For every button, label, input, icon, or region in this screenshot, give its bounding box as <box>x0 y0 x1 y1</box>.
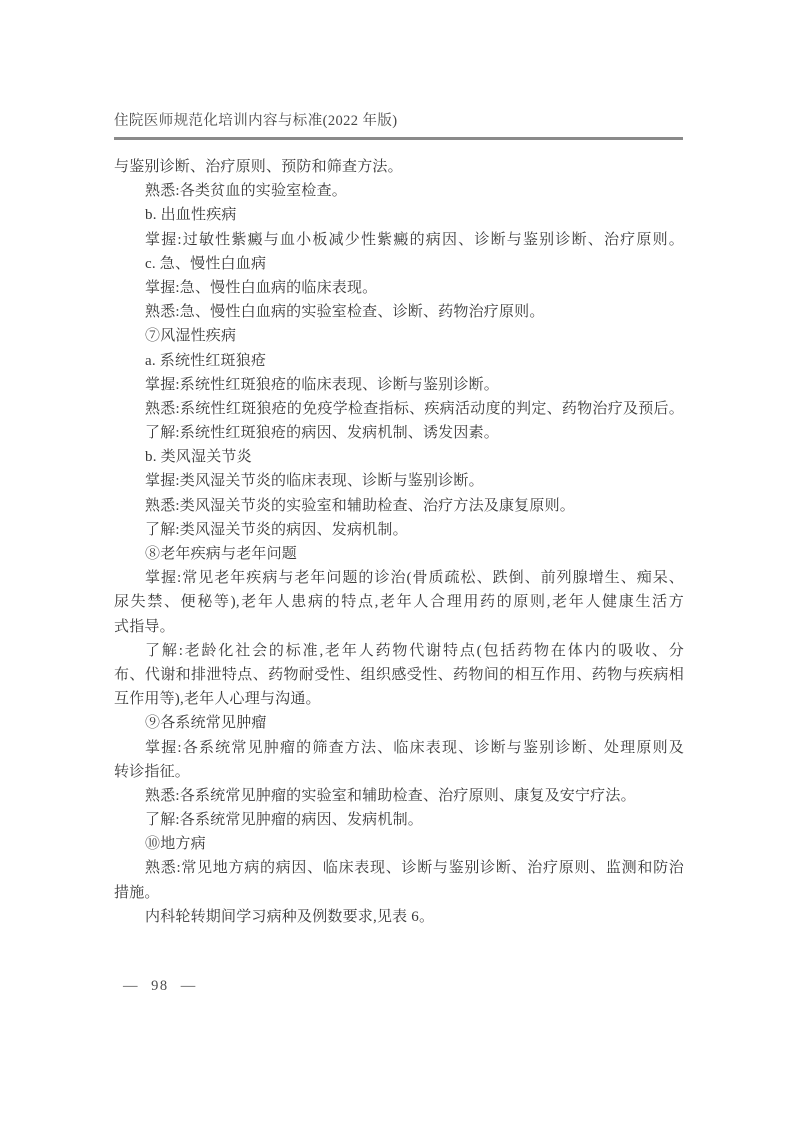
text-line: 与鉴别诊断、治疗原则、预防和筛查方法。 <box>114 155 684 179</box>
text-line: 互作用等),老年人心理与沟通。 <box>114 687 684 711</box>
text-line: 掌握:类风湿关节炎的临床表现、诊断与鉴别诊断。 <box>114 469 684 493</box>
text-line: 熟悉:急、慢性白血病的实验室检查、诊断、药物治疗原则。 <box>114 300 684 324</box>
text-line: 熟悉:各类贫血的实验室检查。 <box>114 179 684 203</box>
text-line: ⑦风湿性疾病 <box>114 324 684 348</box>
text-line: b. 出血性疾病 <box>114 203 684 227</box>
text-line: ⑩地方病 <box>114 832 684 856</box>
text-line: 掌握:常见老年疾病与老年问题的诊治(骨质疏松、跌倒、前列腺增生、痴呆、 <box>114 566 684 590</box>
text-line: 布、代谢和排泄特点、药物耐受性、组织感受性、药物间的相互作用、药物与疾病相 <box>114 663 684 687</box>
text-line: 措施。 <box>114 881 684 905</box>
text-line: 了解:系统性红斑狼疮的病因、发病机制、诱发因素。 <box>114 421 684 445</box>
text-line: 掌握:系统性红斑狼疮的临床表现、诊断与鉴别诊断。 <box>114 373 684 397</box>
text-line: ⑨各系统常见肿瘤 <box>114 711 684 735</box>
text-line: 式指导。 <box>114 615 684 639</box>
header-rule <box>114 137 683 140</box>
page-number: — 98 — <box>123 978 197 995</box>
text-line: c. 急、慢性白血病 <box>114 252 684 276</box>
text-line: 熟悉:常见地方病的病因、临床表现、诊断与鉴别诊断、治疗原则、监测和防治 <box>114 856 684 880</box>
text-line: 掌握:各系统常见肿瘤的筛查方法、临床表现、诊断与鉴别诊断、处理原则及 <box>114 736 684 760</box>
text-line: b. 类风湿关节炎 <box>114 445 684 469</box>
text-line: 转诊指征。 <box>114 760 684 784</box>
text-line: a. 系统性红斑狼疮 <box>114 349 684 373</box>
text-line: 熟悉:系统性红斑狼疮的免疫学检查指标、疾病活动度的判定、药物治疗及预后。 <box>114 397 684 421</box>
text-line: 尿失禁、便秘等),老年人患病的特点,老年人合理用药的原则,老年人健康生活方 <box>114 590 684 614</box>
text-line: ⑧老年疾病与老年问题 <box>114 542 684 566</box>
text-line: 熟悉:类风湿关节炎的实验室和辅助检查、治疗方法及康复原则。 <box>114 494 684 518</box>
text-line: 了解:老龄化社会的标准,老年人药物代谢特点(包括药物在体内的吸收、分 <box>114 639 684 663</box>
text-line: 掌握:急、慢性白血病的临床表现。 <box>114 276 684 300</box>
text-line: 内科轮转期间学习病种及例数要求,见表 6。 <box>114 905 684 929</box>
text-line: 掌握:过敏性紫癜与血小板减少性紫癜的病因、诊断与鉴别诊断、治疗原则。 <box>114 228 684 252</box>
running-header-title: 住院医师规范化培训内容与标准(2022 年版) <box>114 112 684 130</box>
text-line: 熟悉:各系统常见肿瘤的实验室和辅助检查、治疗原则、康复及安宁疗法。 <box>114 784 684 808</box>
text-line: 了解:类风湿关节炎的病因、发病机制。 <box>114 518 684 542</box>
document-page: 住院医师规范化培训内容与标准(2022 年版) 与鉴别诊断、治疗原则、预防和筛查… <box>0 0 800 1131</box>
body-text: 与鉴别诊断、治疗原则、预防和筛查方法。熟悉:各类贫血的实验室检查。b. 出血性疾… <box>114 155 684 929</box>
text-line: 了解:各系统常见肿瘤的病因、发病机制。 <box>114 808 684 832</box>
